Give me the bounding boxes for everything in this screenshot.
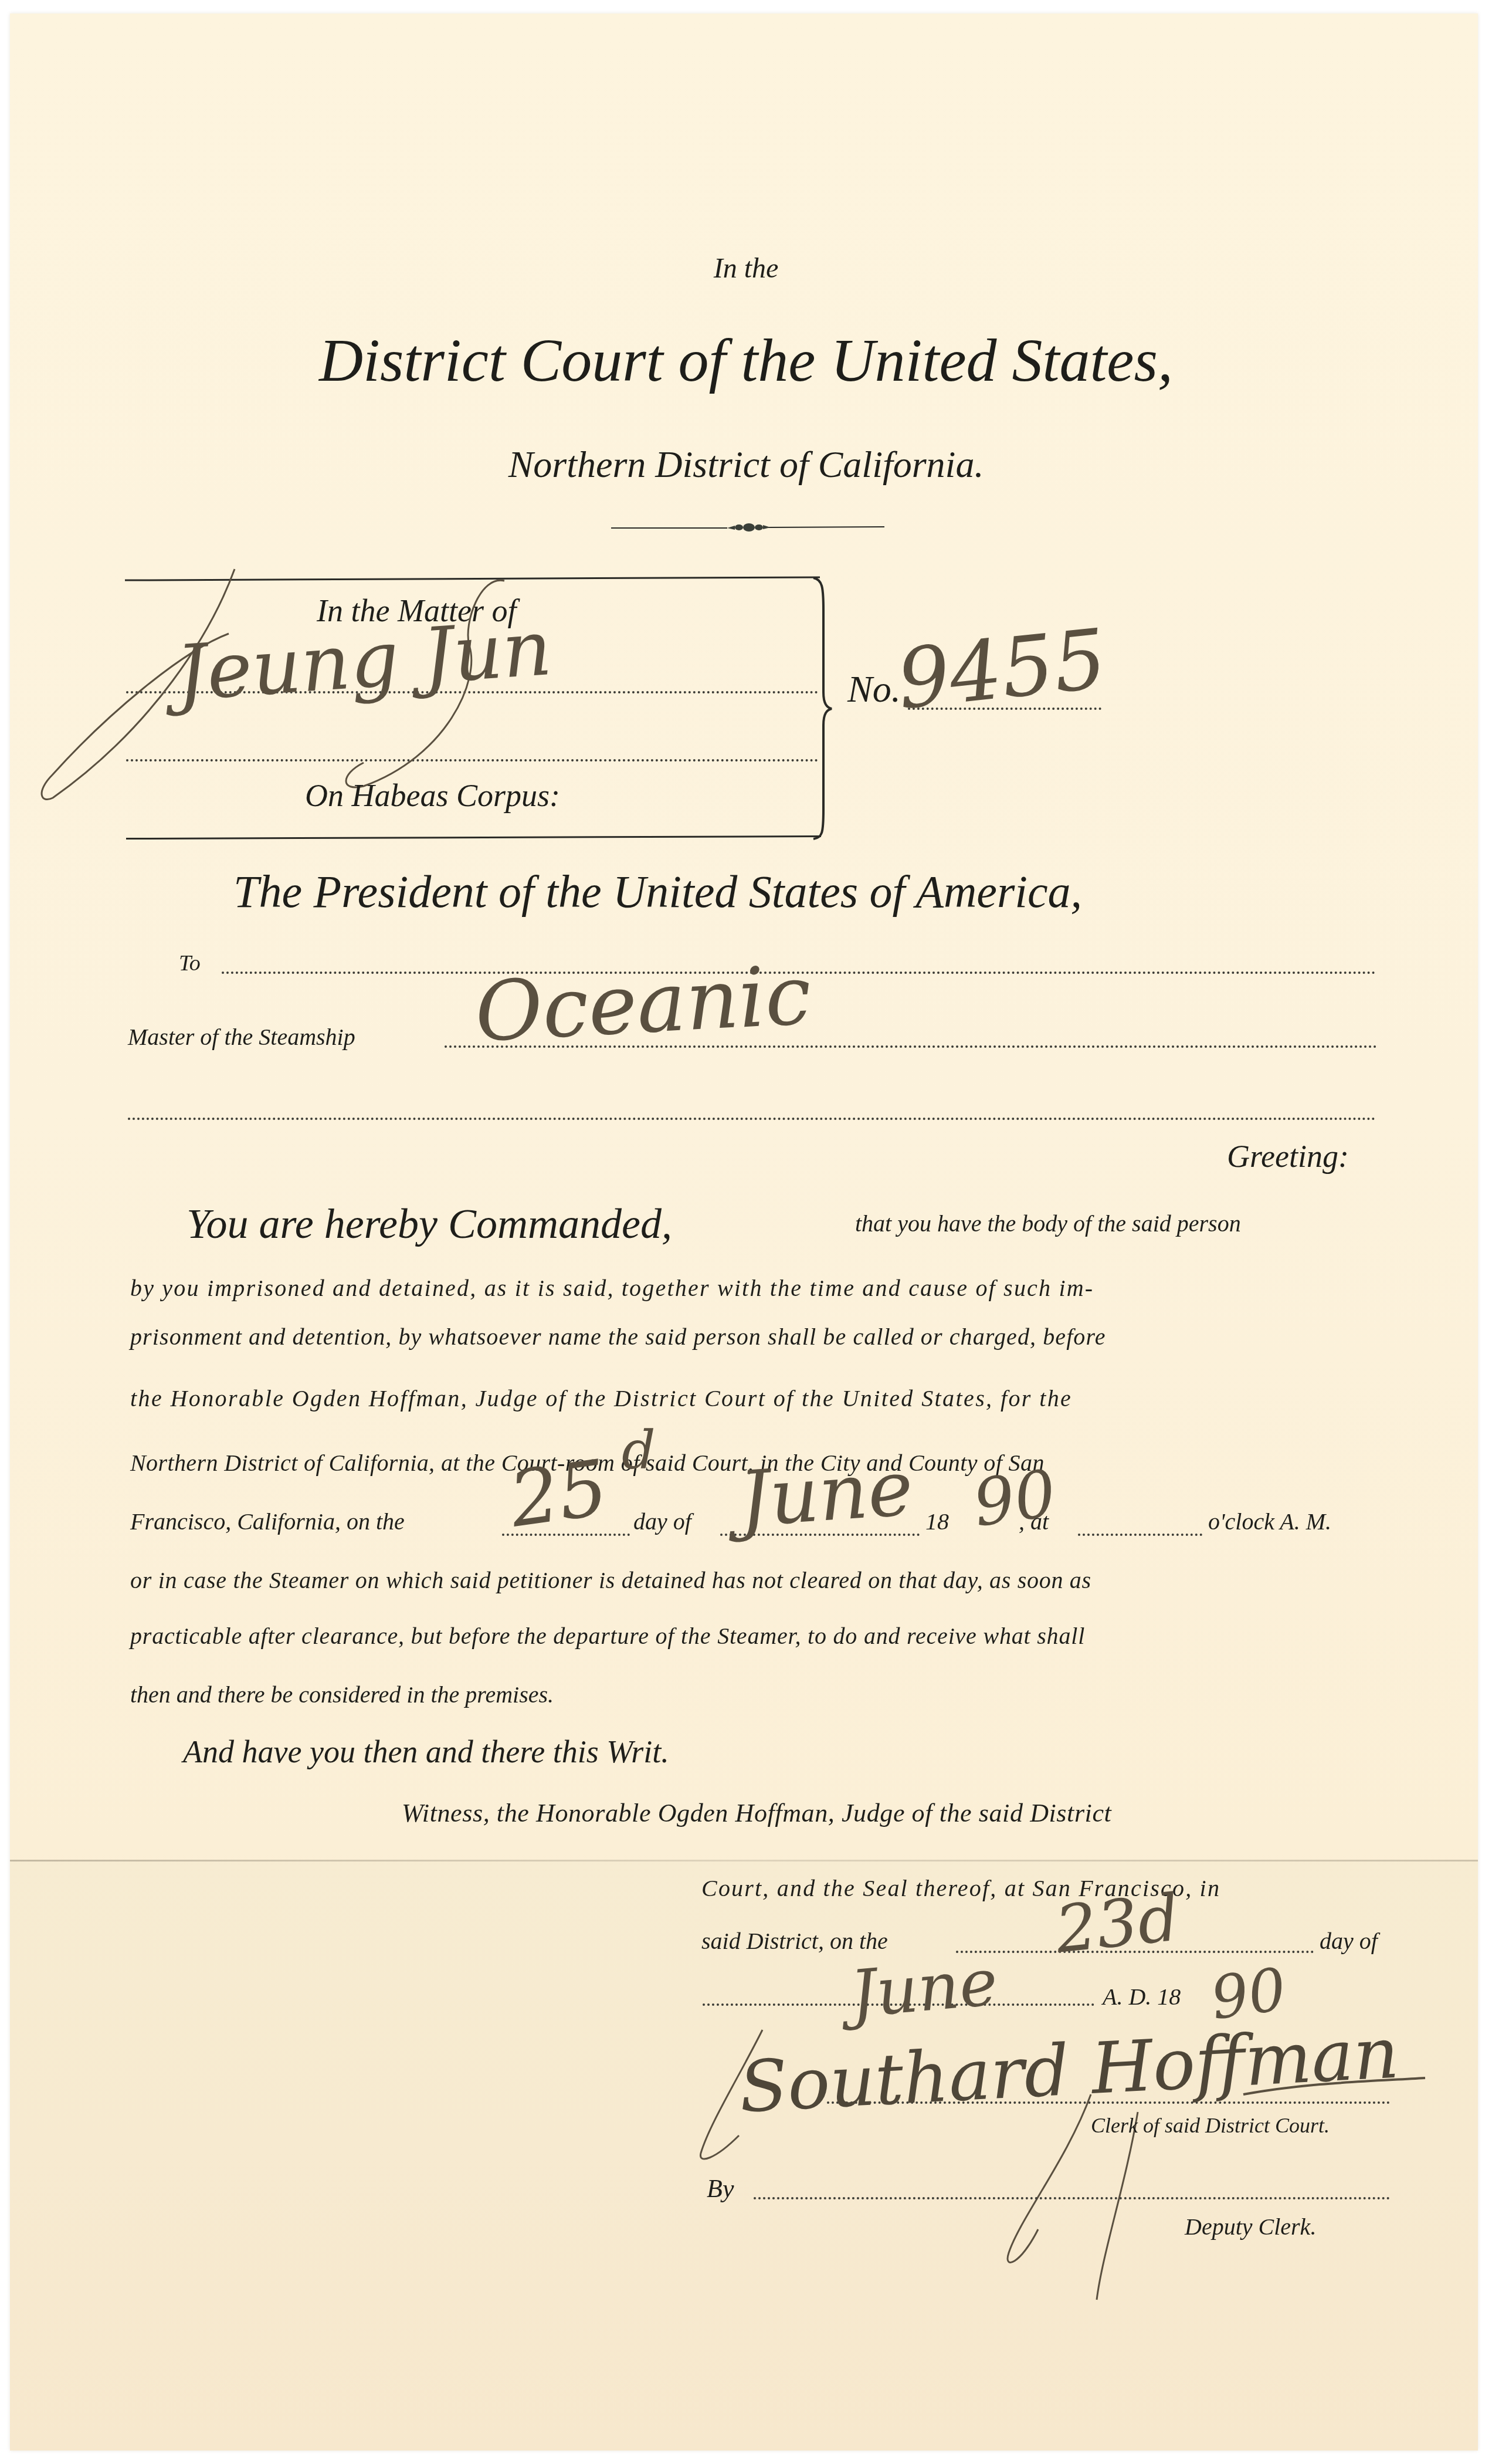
president-address-line: The President of the United States of Am… xyxy=(233,865,1082,918)
steamship-name-handwritten: Oceanic xyxy=(473,947,813,1061)
on-habeas-corpus-label: On Habeas Corpus: xyxy=(305,777,560,814)
return-hour-line xyxy=(1078,1534,1202,1536)
body-line-10: then and there be considered in the prem… xyxy=(130,1681,554,1708)
district-subtitle: Northern District of California. xyxy=(0,443,1492,486)
address-extra-line xyxy=(128,1118,1376,1120)
right-curly-brace-icon xyxy=(811,575,834,842)
header-in-the: In the xyxy=(0,252,1492,285)
case-no-label: No. xyxy=(847,668,901,711)
body-line-6-prefix: Francisco, California, on the xyxy=(130,1508,405,1535)
body-line-1: that you have the body of the said perso… xyxy=(855,1210,1241,1237)
body-line-3: prisonment and detention, by whatsoever … xyxy=(130,1323,1106,1351)
to-label: To xyxy=(179,950,201,976)
ornament-divider-icon xyxy=(610,522,886,534)
commanded-lead: You are hereby Commanded, xyxy=(186,1200,672,1248)
day-of-label: day of xyxy=(633,1508,691,1535)
body-line-4: the Honorable Ogden Hoffman, Judge of th… xyxy=(130,1385,1072,1412)
return-day-suffix-handwritten: d xyxy=(622,1420,656,1481)
have-you-writ-line: And have you then and there this Writ. xyxy=(183,1734,669,1770)
witness-line-1: Witness, the Honorable Ogden Hoffman, Ju… xyxy=(402,1798,1111,1828)
deputy-clerk-label: Deputy Clerk. xyxy=(1185,2213,1316,2240)
witness-day-of-label: day of xyxy=(1320,1927,1378,1955)
witness-day-handwritten: 23d xyxy=(1052,1880,1183,1967)
paper-fold-crease xyxy=(10,1860,1478,1861)
return-day-handwritten: 25 xyxy=(504,1443,613,1545)
deputy-signature-line xyxy=(754,2197,1390,2199)
witness-line-3-prefix: said District, on the xyxy=(701,1927,888,1955)
body-line-9: practicable after clearance, but before … xyxy=(130,1622,1085,1650)
body-line-8: or in case the Steamer on which said pet… xyxy=(130,1566,1091,1594)
year-prefix-label: 18 xyxy=(925,1508,949,1535)
court-title: District Court of the United States, xyxy=(0,326,1492,395)
master-of-steamship-label: Master of the Steamship xyxy=(128,1023,355,1051)
body-line-2: by you imprisoned and detained, as it is… xyxy=(130,1274,1094,1302)
petitioner-flourish-icon xyxy=(35,563,563,810)
return-month-handwritten: June xyxy=(736,1443,915,1544)
by-label: By xyxy=(707,2174,734,2204)
clerk-title-label: Clerk of said District Court. xyxy=(1091,2113,1330,2138)
clerk-signature-flourish-icon xyxy=(692,2006,1431,2311)
at-label: , at xyxy=(1019,1508,1049,1535)
greeting-label: Greeting: xyxy=(1227,1138,1349,1175)
oclock-am-label: o'clock A. M. xyxy=(1208,1508,1331,1535)
